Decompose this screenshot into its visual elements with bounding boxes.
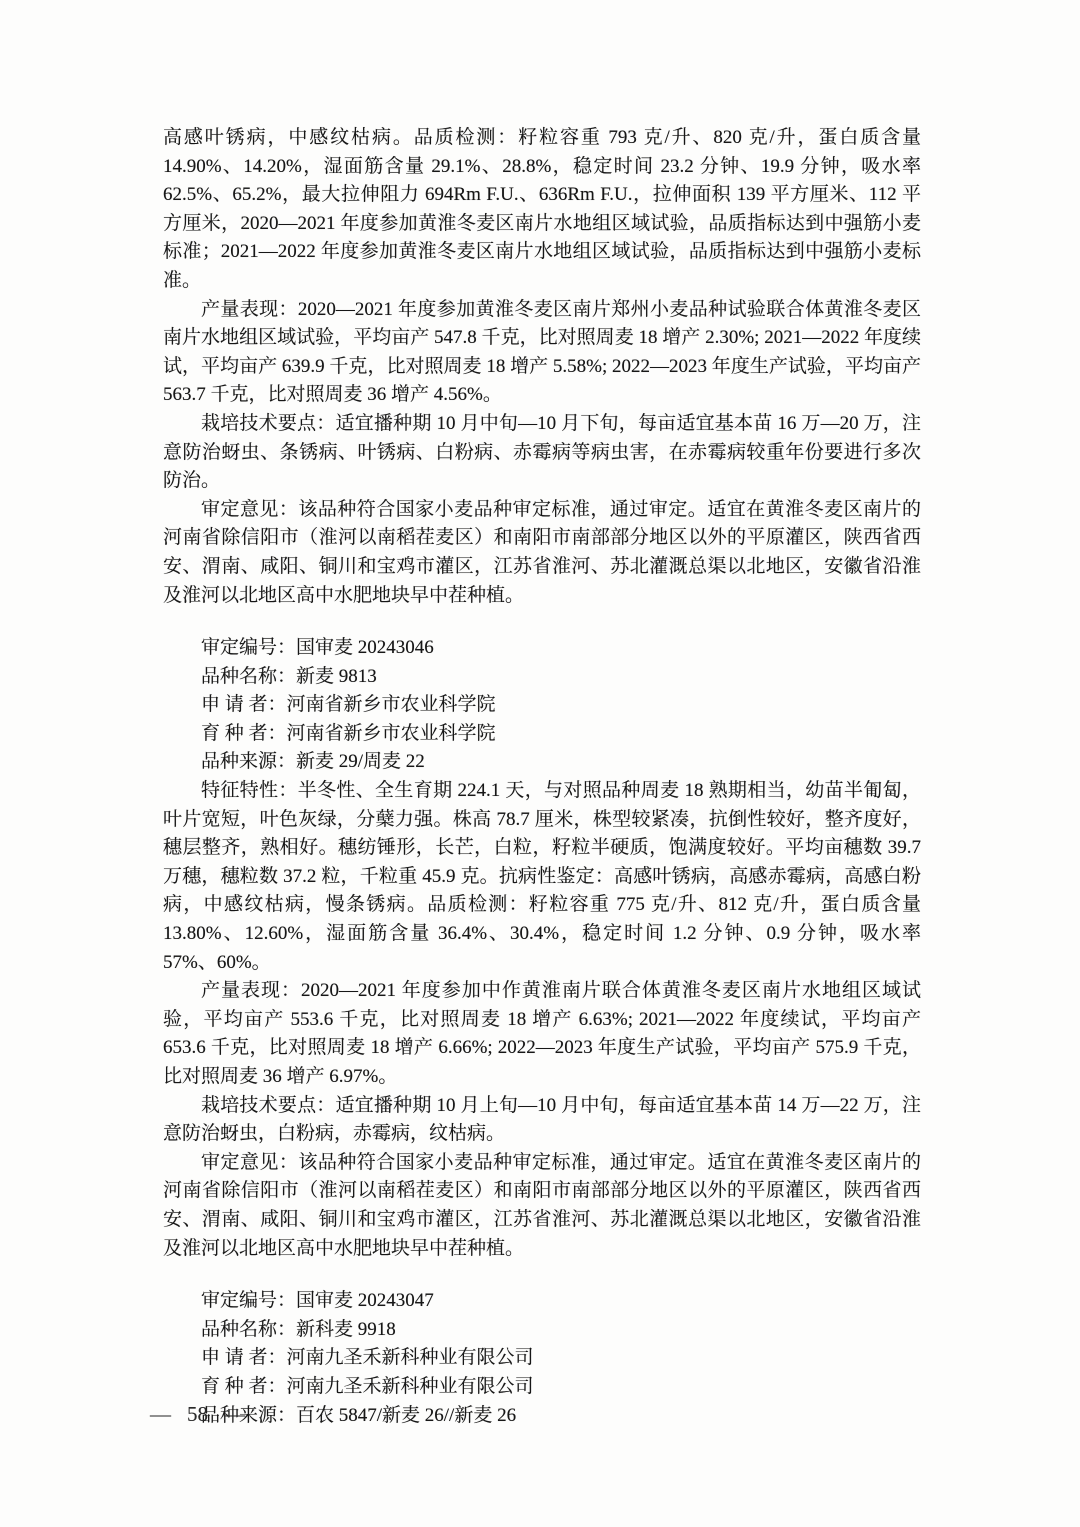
document-page: 高感叶锈病，中感纹枯病。品质检测：籽粒容重 793 克/升、820 克/升，蛋白…	[0, 0, 1080, 1527]
field-origin-variety3: 品种来源：百农 5847/新麦 26//新麦 26	[163, 1402, 921, 1431]
field-origin-variety2: 品种来源：新麦 29/周麦 22	[163, 748, 921, 777]
field-variety-name-variety2: 品种名称：新麦 9813	[163, 663, 921, 692]
field-approval-number-variety2: 审定编号：国审麦 20243046	[163, 634, 921, 663]
field-breeder-variety3: 育 种 者：河南九圣禾新科种业有限公司	[163, 1373, 921, 1402]
footer-dash-left: —	[150, 1402, 171, 1427]
page-footer: — 58 —	[150, 1402, 245, 1427]
paragraph-opinion-variety1: 审定意见：该品种符合国家小麦品种审定标准，通过审定。适宜在黄淮冬麦区南片的河南省…	[163, 496, 921, 610]
field-variety-name-variety3: 品种名称：新科麦 9918	[163, 1316, 921, 1345]
page-number: 58	[187, 1402, 208, 1427]
field-approval-number-variety3: 审定编号：国审麦 20243047	[163, 1287, 921, 1316]
paragraph-cultivation-variety1: 栽培技术要点：适宜播种期 10 月中旬—10 月下旬，每亩适宜基本苗 16 万—…	[163, 410, 921, 496]
field-applicant-variety3: 申 请 者：河南九圣禾新科种业有限公司	[163, 1344, 921, 1373]
document-body: 高感叶锈病，中感纹枯病。品质检测：籽粒容重 793 克/升、820 克/升，蛋白…	[163, 124, 921, 1430]
footer-dash-right: —	[224, 1402, 245, 1427]
paragraph-opinion-variety2: 审定意见：该品种符合国家小麦品种审定标准，通过审定。适宜在黄淮冬麦区南片的河南省…	[163, 1149, 921, 1263]
paragraph-yield-variety1: 产量表现：2020—2021 年度参加黄淮冬麦区南片郑州小麦品种试验联合体黄淮冬…	[163, 296, 921, 410]
field-breeder-variety2: 育 种 者：河南省新乡市农业科学院	[163, 720, 921, 749]
paragraph-quality-continued: 高感叶锈病，中感纹枯病。品质检测：籽粒容重 793 克/升、820 克/升，蛋白…	[163, 124, 921, 296]
paragraph-traits-variety2: 特征特性：半冬性、全生育期 224.1 天，与对照品种周麦 18 熟期相当，幼苗…	[163, 777, 921, 977]
field-applicant-variety2: 申 请 者：河南省新乡市农业科学院	[163, 691, 921, 720]
paragraph-yield-variety2: 产量表现：2020—2021 年度参加中作黄淮南片联合体黄淮冬麦区南片水地组区域…	[163, 977, 921, 1091]
paragraph-cultivation-variety2: 栽培技术要点：适宜播种期 10 月上旬—10 月中旬，每亩适宜基本苗 14 万—…	[163, 1092, 921, 1149]
